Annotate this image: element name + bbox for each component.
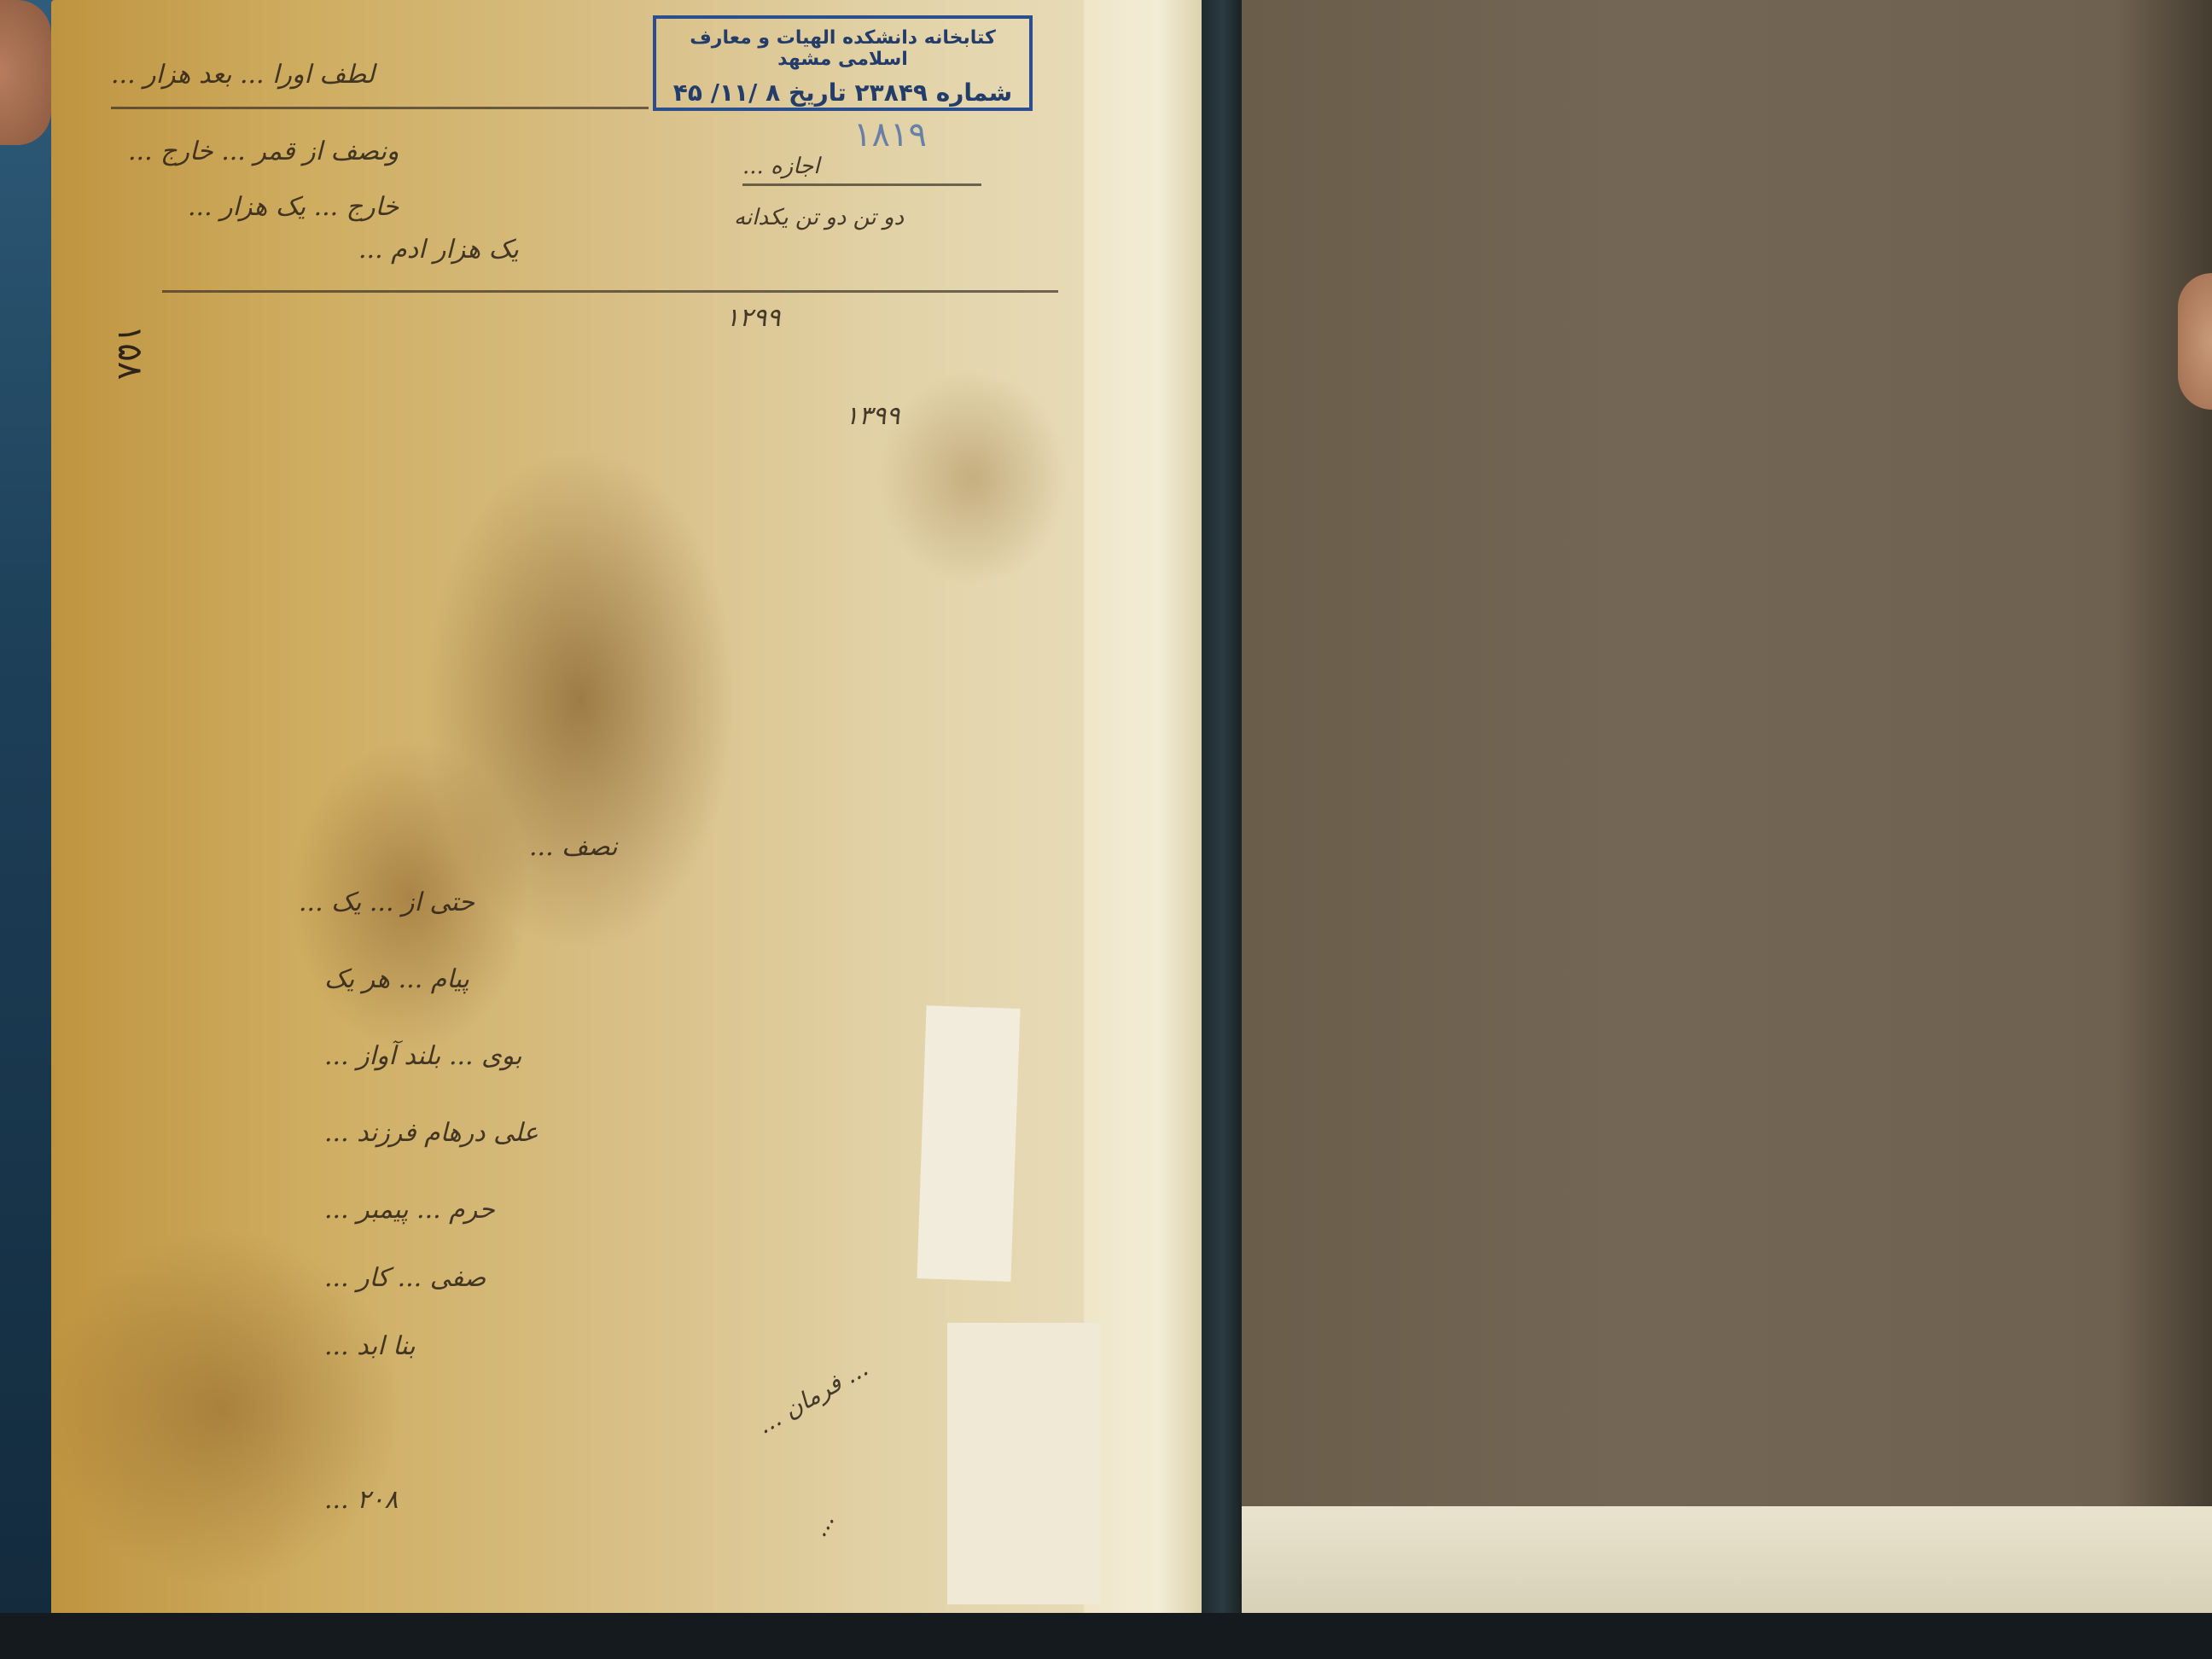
bottom-background: [0, 1613, 2212, 1659]
page-fold-strip: [1084, 0, 1208, 1617]
ruled-line: [111, 107, 649, 109]
year-note-2: ۱۳۹۹: [845, 401, 899, 431]
stamp-library-name: کتابخانه دانشکده الهیات و معارف اسلامی م…: [656, 27, 1029, 70]
year-note-1: ۱۲۹۹: [725, 303, 780, 333]
handwritten-right-col-2: دو تن دو تن یکدانه: [734, 205, 904, 230]
side-number: ۱۵۸: [110, 325, 149, 380]
board-shadow: [2116, 0, 2212, 1519]
verse-line: بنا ابد ...: [324, 1331, 416, 1361]
hand-finger-right: [2178, 273, 2212, 410]
verse-line: پیام ... هر یک: [324, 964, 469, 994]
paper-slip: [917, 1005, 1020, 1282]
handwritten-line-3: خارج ... یک هزار ...: [188, 192, 399, 222]
margin-number: ۱۸۱۹: [853, 115, 927, 154]
ruled-line: [742, 183, 981, 186]
verse-line: بوی ... بلند آواز ...: [324, 1041, 521, 1071]
handwritten-top-line: لطف اورا ... بعد هزار ...: [111, 60, 375, 90]
back-cover-board: [1242, 0, 2212, 1519]
hand-finger-left: [0, 0, 51, 145]
verse-line: حرم ... پیمبر ...: [324, 1195, 495, 1225]
stamp-number-date: شماره ۲۳۸۴۹ تاریخ ۸ /۱۱/ ۴۵: [656, 79, 1029, 107]
ruled-line: [162, 290, 1058, 293]
book-spine: [1202, 0, 1244, 1617]
handwritten-line-4: یک هزار ادم ...: [358, 235, 519, 265]
verse-line: علی درهام فرزند ...: [324, 1118, 538, 1148]
verse-line: ۲۰۸ ...: [324, 1485, 399, 1515]
verse-line: حتی از ... یک ...: [299, 888, 474, 917]
paper-slip-lower: [947, 1323, 1101, 1604]
verse-line: نصف ...: [529, 832, 618, 862]
board-paper-edge: [1242, 1506, 2212, 1613]
handwritten-right-col-1: اجازه ...: [742, 154, 819, 179]
library-stamp: کتابخانه دانشکده الهیات و معارف اسلامی م…: [653, 15, 1033, 111]
handwritten-line-2: ونصف از قمر ... خارج ...: [128, 137, 399, 166]
verse-line: صفی ... کار ...: [324, 1263, 486, 1293]
